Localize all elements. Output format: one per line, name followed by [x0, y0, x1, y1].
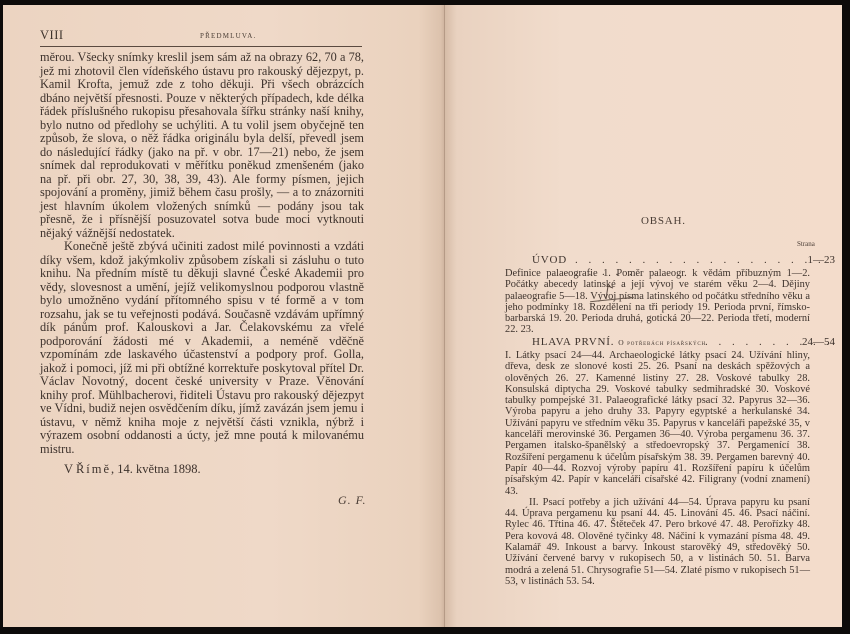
author-initials: G. F.	[338, 493, 366, 508]
running-head-title: PŘEDMLUVA.	[200, 32, 256, 40]
page-column-label: Strana	[797, 240, 815, 248]
toc-heading: ÚVOD	[532, 254, 567, 266]
toc-summary-paragraph-1: I. Látky psací 24—44. Archaeologické lát…	[505, 350, 810, 497]
pencil-mark-icon	[604, 284, 614, 300]
dateline-date: , 14. května 1898.	[111, 462, 201, 476]
toc-entry-hlava-prvni: HLAVA PRVNÍ.O potřebách písařských . . .…	[505, 336, 835, 350]
toc-summary-paragraph-2: II. Psací potřeby a jich užívání 44—54. …	[505, 497, 810, 587]
toc-summary-paragraph: Definice palaeografie 1. Poměr palaeogr.…	[505, 268, 810, 336]
preface-paragraph-1: měrou. Všecky snímky kreslil jsem sám až…	[40, 51, 364, 240]
toc-entry-uvod: ÚVOD . . . . . . . . . . . . . . . . . .…	[505, 254, 835, 268]
preface-paragraph-2: Konečně ještě zbývá učiniti zadost milé …	[40, 240, 364, 456]
dateline: V Římě, 14. května 1898.	[64, 462, 201, 477]
toc-subheading: O potřebách písařských	[618, 338, 706, 347]
running-header: VIII PŘEDMLUVA.	[40, 28, 362, 47]
preface-body: měrou. Všecky snímky kreslil jsem sám až…	[40, 51, 364, 456]
contents-title: OBSAH.	[641, 215, 686, 227]
dateline-prefix: V	[64, 462, 76, 476]
toc-pages: 1—23	[808, 254, 836, 266]
toc-heading: HLAVA PRVNÍ.O potřebách písařských	[532, 336, 706, 348]
toc-hlava-prvni-summary: I. Látky psací 24—44. Archaeologické lát…	[505, 350, 810, 587]
toc-heading-text: HLAVA PRVNÍ.	[532, 336, 614, 348]
toc-pages: 24—54	[802, 336, 835, 348]
page-number: VIII	[40, 28, 64, 43]
book-gutter	[444, 5, 445, 627]
dateline-place: Římě	[76, 462, 111, 476]
toc-uvod-summary: Definice palaeografie 1. Poměr palaeogr.…	[505, 268, 810, 336]
